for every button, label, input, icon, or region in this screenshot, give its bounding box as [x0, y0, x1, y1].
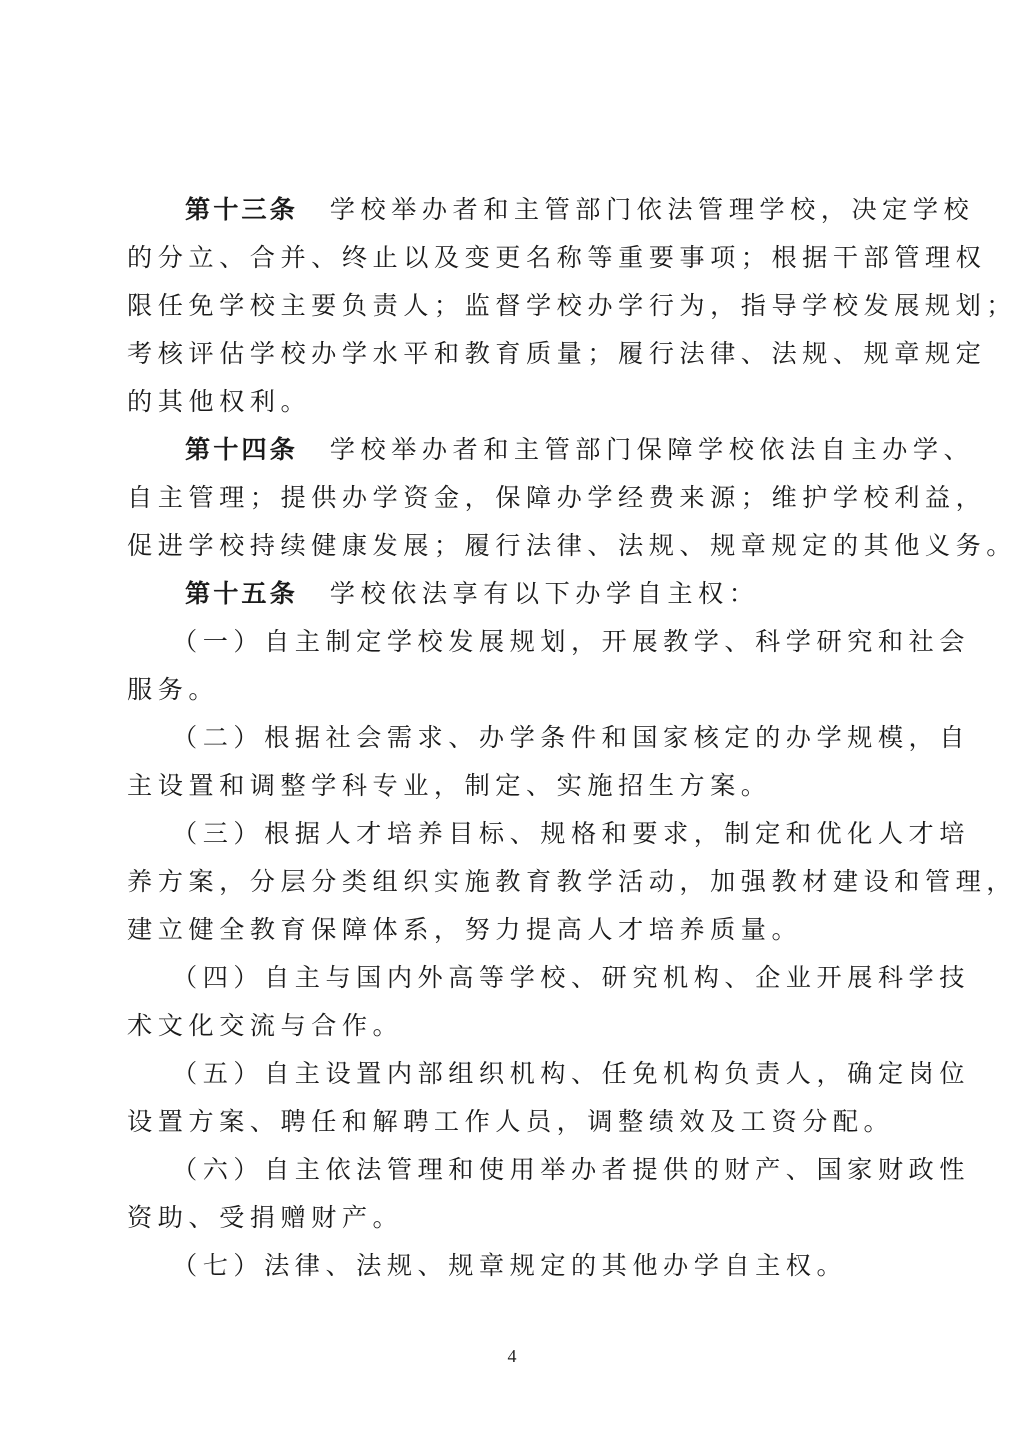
paragraph-text: 学校举办者和主管部门保障学校依法自主办学、	[330, 435, 974, 464]
article-heading: 第十四条	[185, 435, 298, 464]
item-5-line-2: 设置方案、聘任和解聘工作人员，调整绩效及工资分配。	[127, 1098, 894, 1146]
item-5-line-1: （五）自主设置内部组织机构、任免机构负责人，确定岗位	[172, 1050, 970, 1098]
paragraph-text: 学校举办者和主管部门依法管理学校，决定学校	[330, 195, 974, 224]
item-4-line-1: （四）自主与国内外高等学校、研究机构、企业开展科学技	[172, 954, 970, 1002]
article-heading: 第十五条	[185, 579, 298, 608]
article-13-line-5: 的其他权利。	[127, 378, 311, 426]
article-13-line-1: 第十三条学校举办者和主管部门依法管理学校，决定学校	[185, 186, 974, 234]
item-2-line-1: （二）根据社会需求、办学条件和国家核定的办学规模，自	[172, 714, 970, 762]
item-4-line-2: 术文化交流与合作。	[127, 1002, 403, 1050]
item-2-line-2: 主设置和调整学科专业，制定、实施招生方案。	[127, 762, 771, 810]
item-3-line-3: 建立健全教育保障体系，努力提高人才培养质量。	[127, 906, 802, 954]
item-7-line-1: （七）法律、法规、规章规定的其他办学自主权。	[172, 1242, 847, 1290]
article-13-line-4: 考核评估学校办学水平和教育质量；履行法律、法规、规章规定	[127, 330, 986, 378]
article-14-line-1: 第十四条学校举办者和主管部门保障学校依法自主办学、	[185, 426, 974, 474]
item-3-line-2: 养方案，分层分类组织实施教育教学活动，加强教材建设和管理，	[127, 858, 1017, 906]
item-6-line-2: 资助、受捐赠财产。	[127, 1194, 403, 1242]
article-13-line-3: 限任免学校主要负责人；监督学校办学行为，指导学校发展规划；	[127, 282, 1017, 330]
item-6-line-1: （六）自主依法管理和使用举办者提供的财产、国家财政性	[172, 1146, 970, 1194]
paragraph-text: 学校依法享有以下办学自主权：	[330, 579, 760, 608]
article-15-line-1: 第十五条学校依法享有以下办学自主权：	[185, 570, 759, 618]
article-14-line-3: 促进学校持续健康发展；履行法律、法规、规章规定的其他义务。	[127, 522, 1017, 570]
article-14-line-2: 自主管理；提供办学资金，保障办学经费来源；维护学校利益，	[127, 474, 986, 522]
item-1-line-2: 服务。	[127, 666, 219, 714]
article-13-line-2: 的分立、合并、终止以及变更名称等重要事项；根据干部管理权	[127, 234, 986, 282]
item-1-line-1: （一）自主制定学校发展规划，开展教学、科学研究和社会	[172, 618, 970, 666]
page-number: 4	[0, 1346, 1024, 1367]
article-heading: 第十三条	[185, 195, 298, 224]
item-3-line-1: （三）根据人才培养目标、规格和要求，制定和优化人才培	[172, 810, 970, 858]
